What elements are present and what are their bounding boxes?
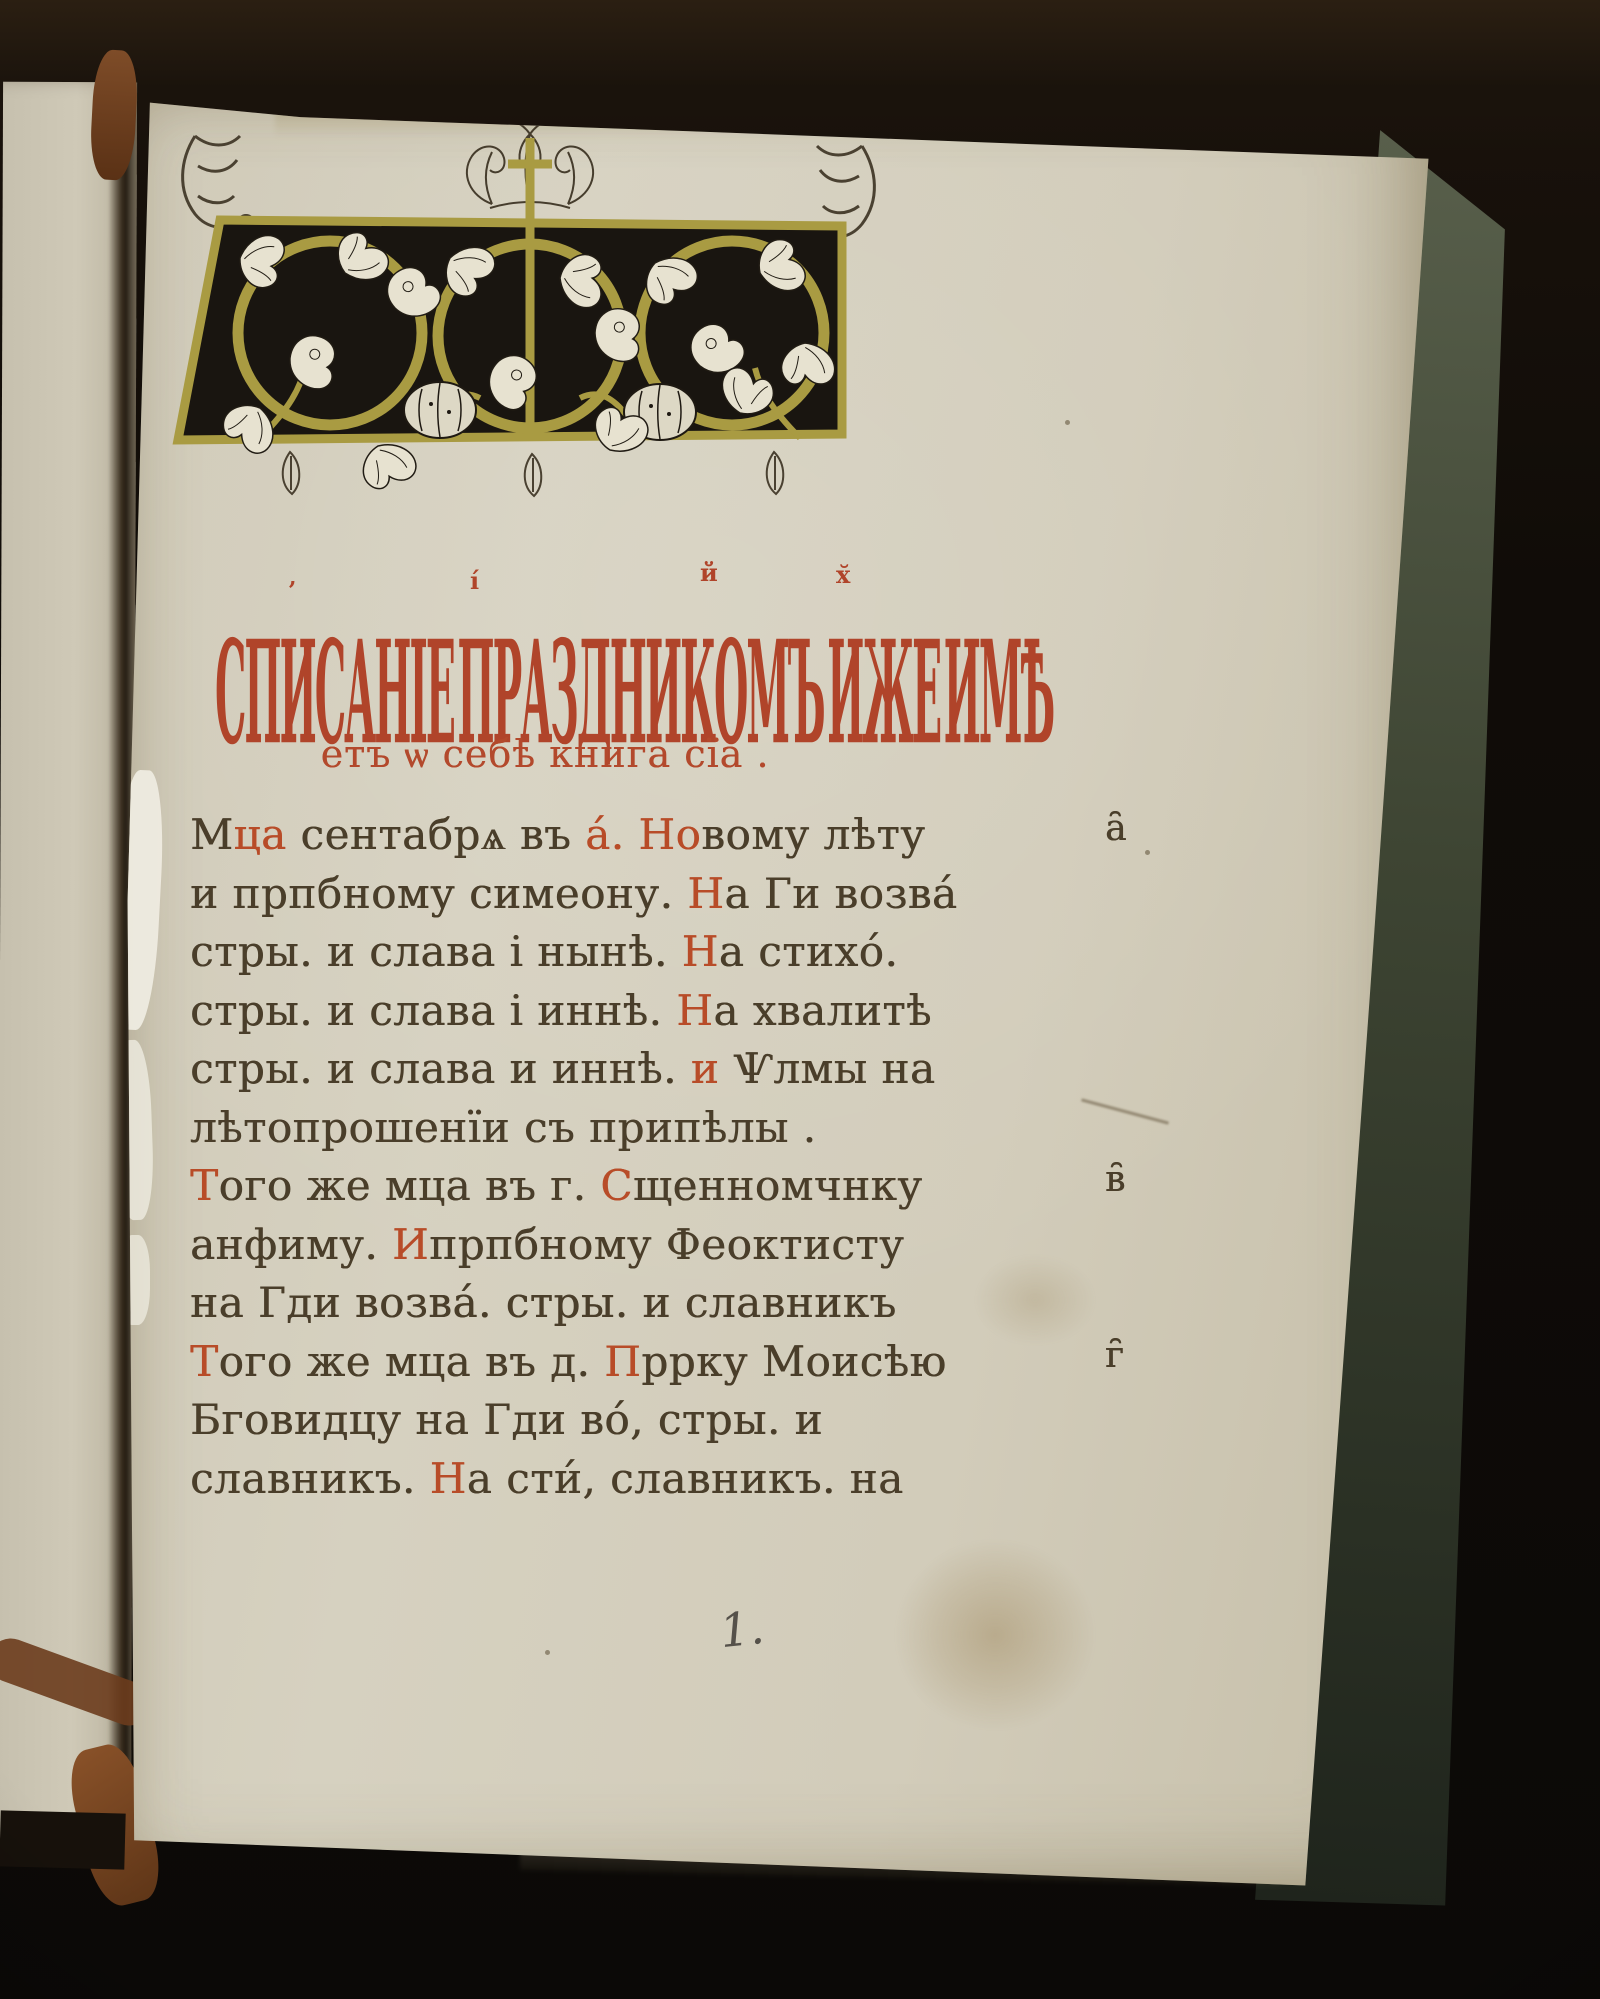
stain — [895, 1540, 1095, 1730]
text-run: на Гди возва́. стры. и славникъ — [190, 1278, 897, 1327]
margin-numeral: а̑ — [1105, 800, 1127, 859]
cover-edge-bottom-left — [0, 1810, 126, 1869]
text-run: Т — [190, 1337, 219, 1386]
superscript-mark: й — [700, 558, 718, 587]
manuscript-line: стры. и слава і иннѣ. На хвалитѣ — [190, 982, 1240, 1041]
manuscript-line: Мца сентабрѧ въ а́. Новому лѣтуа̑ — [190, 806, 1240, 865]
text-run: славникъ. — [190, 1454, 430, 1503]
text-run: а́. — [585, 810, 638, 859]
margin-numeral: г̑ — [1105, 1327, 1124, 1386]
text-run: прпбному Феоктисту — [429, 1220, 904, 1269]
text-run: щенномчнку — [633, 1161, 923, 1210]
text-run: Ѱлмы на — [719, 1044, 935, 1093]
text-run: а хвалитѣ — [713, 986, 932, 1035]
text-run: Н — [687, 869, 724, 918]
manuscript-line: лѣтопрошенїи съ припѣлы . — [190, 1099, 1240, 1158]
text-run: Н — [430, 1454, 467, 1503]
manuscript-line: и прпбному симеону. На Ги возва́ — [190, 865, 1240, 924]
manuscript-line: Того же мца въ г. Сщенномчнкув̑ — [190, 1157, 1240, 1216]
body-text: Мца сентабрѧ въ а́. Новому лѣтуа̑и прпбн… — [190, 806, 1240, 1508]
text-run: и — [691, 1044, 720, 1093]
text-run: И — [392, 1220, 429, 1269]
headpiece-ornament-icon — [140, 108, 920, 508]
manuscript-page: СПИСАНІЕ ПРАЗДНИКОМЪ ИЖЕ ИМѢ ’ і́ й х̆ е… — [125, 90, 1435, 1900]
text-run: Н — [682, 927, 719, 976]
text-run: стры. и слава и иннѣ. — [190, 1044, 691, 1093]
text-run: Но — [638, 810, 701, 859]
manuscript-line: стры. и слава и иннѣ. и Ѱлмы на — [190, 1040, 1240, 1099]
text-run: стры. и слава і иннѣ. — [190, 986, 676, 1035]
text-run: С — [600, 1161, 633, 1210]
text-run: М — [190, 810, 234, 859]
text-run: а сти́, славникъ. на — [467, 1454, 904, 1503]
text-run: и прпбному симеону. — [190, 869, 687, 918]
manuscript-line: славникъ. На сти́, славникъ. на — [190, 1450, 1240, 1509]
manuscript-line: Бговидцу на Гди во́, стры. и — [190, 1391, 1240, 1450]
manuscript-line: анфиму. Ипрпбному Феоктисту — [190, 1216, 1240, 1275]
text-run: вому лѣту — [701, 810, 925, 859]
superscript-mark: х̆ — [836, 560, 850, 589]
text-run: а Ги возва́ — [724, 869, 957, 918]
superscript-mark: і́ — [470, 566, 479, 595]
text-run: ого же мца въ г. — [219, 1161, 601, 1210]
text-run: Т — [190, 1161, 219, 1210]
manuscript-line: на Гди возва́. стры. и славникъ — [190, 1274, 1240, 1333]
text-run: сентабрѧ въ — [287, 810, 586, 859]
text-run: П — [604, 1337, 641, 1386]
text-run: Н — [676, 986, 713, 1035]
photographed-book-page: СПИСАНІЕ ПРАЗДНИКОМЪ ИЖЕ ИМѢ ’ і́ й х̆ е… — [0, 0, 1600, 1999]
superscript-mark: ’ — [288, 576, 296, 605]
title-subline: етъ ѡ себѣ книга сїа . — [310, 732, 780, 777]
text-run: стры. и слава і нынѣ. — [190, 927, 682, 976]
text-run: а стихо́. — [719, 927, 898, 976]
manuscript-line: стры. и слава і нынѣ. На стихо́. — [190, 923, 1240, 982]
text-run: лѣтопрошенїи съ припѣлы . — [190, 1103, 816, 1152]
margin-numeral: в̑ — [1105, 1151, 1126, 1210]
manuscript-line: Того же мца въ д. Пррку Моисѣюг̑ — [190, 1333, 1240, 1392]
text-run: анфиму. — [190, 1220, 392, 1269]
text-run: ого же мца въ д. — [219, 1337, 605, 1386]
paper-speck — [1065, 420, 1070, 425]
text-run: ца — [234, 810, 287, 859]
paper-speck — [545, 1650, 550, 1655]
text-run: ррку Моисѣю — [641, 1337, 946, 1386]
text-run: Бговидцу на Гди во́, стры. и — [190, 1395, 823, 1444]
folio-number: 1. — [717, 1600, 766, 1658]
